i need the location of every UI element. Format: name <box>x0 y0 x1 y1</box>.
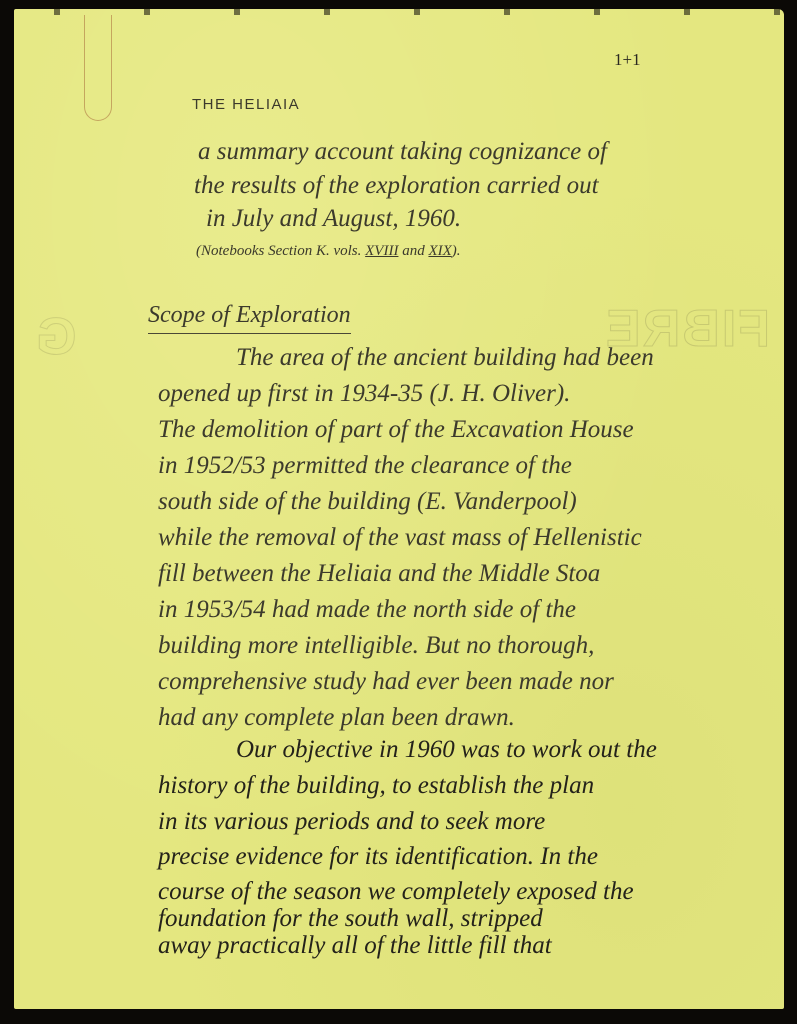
paragraph-1-line-10: comprehensive study had ever been made n… <box>158 668 614 696</box>
paragraph-2-line-1: Our objective in 1960 was to work out th… <box>236 736 657 764</box>
torn-top-edge <box>14 9 784 15</box>
paragraph-1-line-9: building more intelligible. But no thoro… <box>158 632 594 660</box>
left-watermark-fragment: G <box>36 307 76 367</box>
note-volume-1: XVIII <box>365 243 398 259</box>
paragraph-1-line-8: in 1953/54 had made the north side of th… <box>158 596 576 624</box>
paragraph-2-line-2: history of the building, to establish th… <box>158 772 594 800</box>
paragraph-1-line-4: in 1952/53 permitted the clearance of th… <box>158 452 572 480</box>
note-mid: and <box>398 243 428 259</box>
paragraph-2-line-3: in its various periods and to seek more <box>158 808 545 836</box>
paragraph-2-line-7: away practically all of the little fill … <box>158 932 552 960</box>
note-prefix: (Notebooks Section K. vols. <box>196 243 365 259</box>
paragraph-1-line-11: had any complete plan been drawn. <box>158 704 515 732</box>
paragraph-1-line-1: The area of the ancient building had bee… <box>236 344 654 372</box>
notebook-reference: (Notebooks Section K. vols. XVIII and XI… <box>196 243 461 260</box>
paragraph-1-line-3: The demolition of part of the Excavation… <box>158 416 634 444</box>
paragraph-2-line-6: foundation for the south wall, stripped <box>158 905 543 933</box>
section-heading: Scope of Exploration <box>148 302 351 334</box>
document-title: THE HELIAIA <box>192 96 300 113</box>
paragraph-1-line-7: fill between the Heliaia and the Middle … <box>158 560 600 588</box>
note-volume-2: XIX <box>428 243 451 259</box>
paragraph-2-line-5: course of the season we completely expos… <box>158 878 634 906</box>
paragraph-2-line-4: precise evidence for its identification.… <box>158 843 598 871</box>
subtitle-line-3: in July and August, 1960. <box>206 205 461 233</box>
page-number: 1+1 <box>614 50 641 70</box>
paperclip-stain-mark <box>84 15 112 121</box>
subtitle-line-2: the results of the exploration carried o… <box>194 172 599 200</box>
paragraph-1-line-5: south side of the building (E. Vanderpoo… <box>158 488 577 516</box>
note-suffix: ). <box>452 243 461 259</box>
paragraph-1-line-2: opened up first in 1934-35 (J. H. Oliver… <box>158 380 570 408</box>
subtitle-line-1: a summary account taking cognizance of <box>198 138 607 166</box>
paragraph-1-line-6: while the removal of the vast mass of He… <box>158 524 642 552</box>
